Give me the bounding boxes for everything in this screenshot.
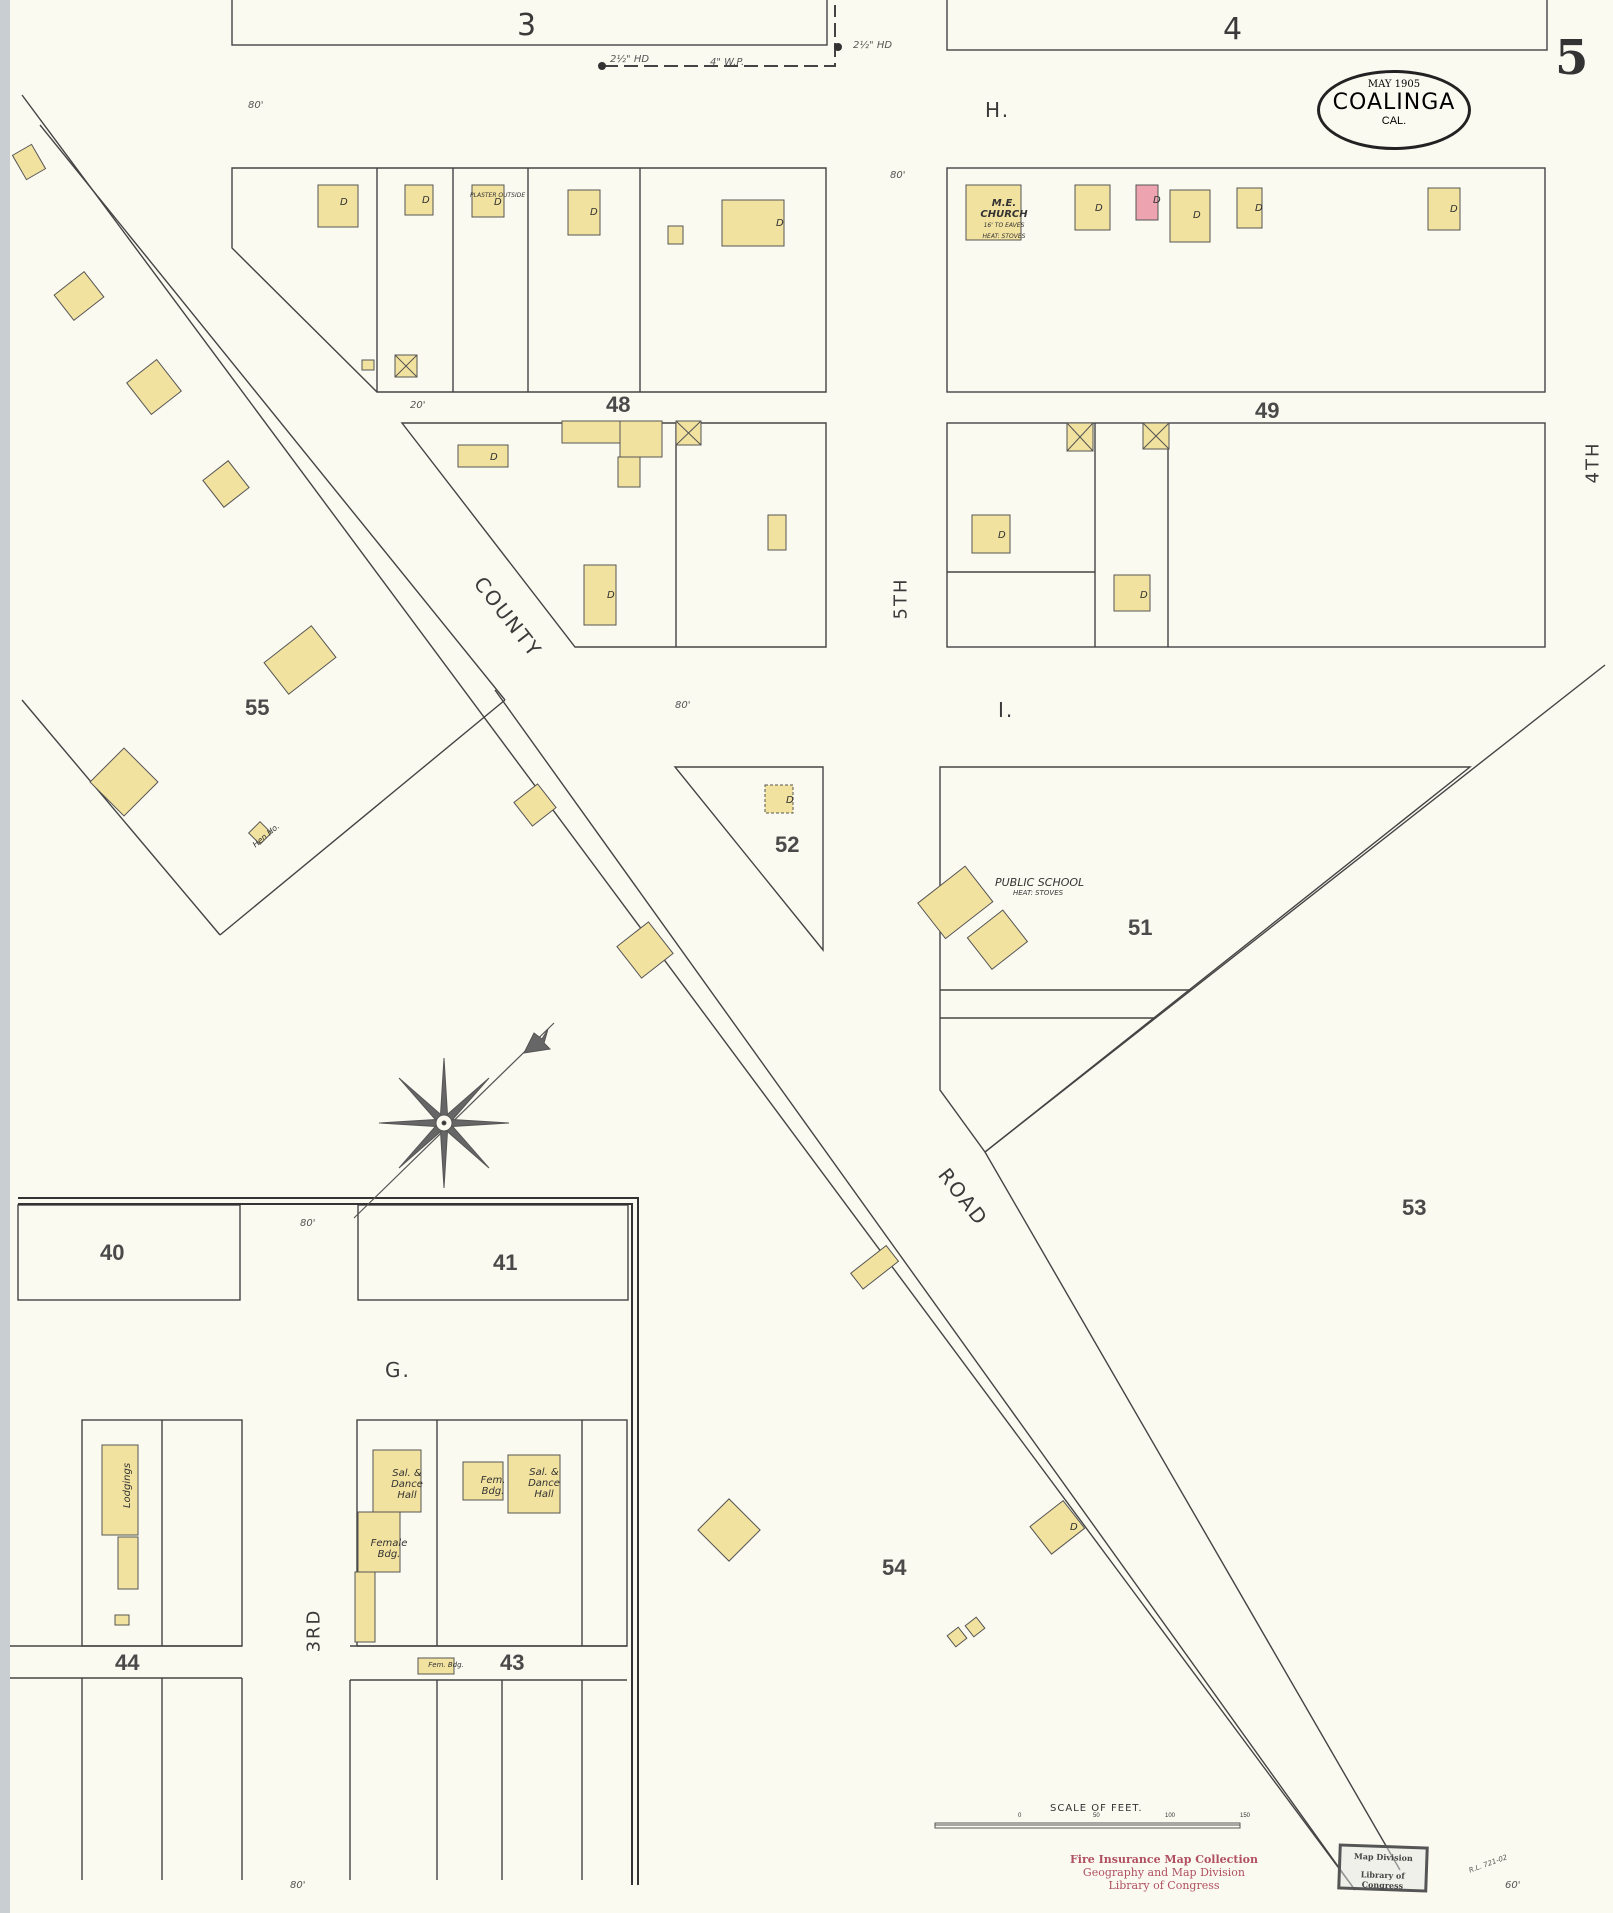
sal-line-3: Hall xyxy=(383,1490,431,1501)
street-4th: 4TH xyxy=(1582,442,1603,484)
sal2-line-1: Sal. & xyxy=(518,1467,570,1478)
fem-line-2: Bdg. xyxy=(473,1486,513,1497)
dwelling-marker[interactable]: D xyxy=(1070,1522,1078,1533)
scale-tick-150: 150 xyxy=(1240,1813,1250,1819)
dwelling-marker[interactable]: D xyxy=(998,530,1006,541)
scale-tick-0: 0 xyxy=(1018,1813,1021,1819)
map-date: MAY 1905 xyxy=(1320,79,1468,90)
dwelling-marker[interactable]: D xyxy=(1255,203,1263,214)
dwelling-marker[interactable]: D xyxy=(1095,203,1103,214)
dwelling-marker[interactable]: D xyxy=(1193,210,1201,221)
public-school-label[interactable]: PUBLIC SCHOOL HEAT: STOVES xyxy=(995,877,1084,899)
block-53: 53 xyxy=(1402,1195,1426,1221)
sal2-line-2: Dance xyxy=(518,1478,570,1489)
church-name: M.E. CHURCH xyxy=(977,198,1031,220)
map-title: COALINGA xyxy=(1320,90,1468,115)
hydrant-label-2: 2½" HD xyxy=(853,40,892,51)
dim-80-bottom: 80' xyxy=(290,1880,305,1891)
block-52: 52 xyxy=(775,832,799,858)
dwelling-marker[interactable]: D xyxy=(1140,590,1148,601)
female-boarding-label[interactable]: Female Bdg. xyxy=(368,1538,410,1560)
block-43: 43 xyxy=(500,1650,524,1676)
female-line-1: Female xyxy=(368,1538,410,1549)
dwelling-marker[interactable]: D xyxy=(786,795,794,806)
me-church-label[interactable]: M.E. CHURCH 16' TO EAVES HEAT: STOVES xyxy=(977,198,1031,242)
church-note-eaves: 16' TO EAVES xyxy=(977,220,1031,231)
dwelling-marker[interactable]: D xyxy=(776,218,784,229)
saloon-dance-hall-1[interactable]: Sal. & Dance Hall xyxy=(383,1468,431,1501)
water-pipe-label: 4" W.P. xyxy=(710,57,744,68)
street-3rd: 3RD xyxy=(303,1609,324,1653)
dwelling-marker[interactable]: D xyxy=(607,590,615,601)
stamp-line-1: Fire Insurance Map Collection xyxy=(1070,1853,1258,1866)
adjoining-sheet-3[interactable]: 3 xyxy=(517,8,538,43)
title-cartouche: MAY 1905 COALINGA CAL. xyxy=(1317,70,1471,150)
school-note-heat: HEAT: STOVES xyxy=(1013,888,1084,899)
dwelling-marker[interactable]: D xyxy=(1153,195,1161,206)
scale-tick-50: 50 xyxy=(1093,1813,1100,1819)
page-number: 5 xyxy=(1555,30,1588,86)
gray-stamp-line-2: Library of Congress xyxy=(1340,1869,1425,1892)
stamp-line-2: Geography and Map Division xyxy=(1070,1866,1258,1879)
sal2-line-3: Hall xyxy=(518,1489,570,1500)
fem-boarding-label[interactable]: Fem. Bdg. xyxy=(473,1475,513,1497)
map-sheet: MAY 1905 COALINGA CAL. 5 3 4 2½" HD 2½" … xyxy=(10,0,1613,1913)
dwelling-marker[interactable]: D xyxy=(490,452,498,463)
street-h: H. xyxy=(985,98,1010,122)
gray-stamp-line-1: Map Division xyxy=(1341,1851,1425,1864)
map-linework xyxy=(10,0,1613,1913)
fem-line-1: Fem. xyxy=(473,1475,513,1486)
dwelling-marker[interactable]: D xyxy=(590,207,598,218)
collection-stamp: Fire Insurance Map Collection Geography … xyxy=(1070,1853,1258,1892)
hydrant-label-1: 2½" HD xyxy=(610,54,649,65)
block-44: 44 xyxy=(115,1650,139,1676)
map-division-stamp: Map Division Library of Congress xyxy=(1337,1843,1429,1892)
church-note-heat: HEAT: STOVES xyxy=(977,231,1031,242)
dim-60: 60' xyxy=(1505,1880,1520,1891)
block-48: 48 xyxy=(606,392,630,418)
dwelling-marker[interactable]: D xyxy=(422,195,430,206)
dwelling-marker[interactable]: D xyxy=(494,197,502,208)
adjoining-sheet-4[interactable]: 4 xyxy=(1223,12,1244,47)
sal-line-1: Sal. & xyxy=(383,1468,431,1479)
dim-80-i: 80' xyxy=(675,700,690,711)
dwelling-marker[interactable]: D xyxy=(1450,204,1458,215)
lodgings-label[interactable]: Lodgings xyxy=(122,1463,133,1508)
block-49: 49 xyxy=(1255,398,1279,424)
stamp-line-3: Library of Congress xyxy=(1070,1879,1258,1892)
dim-80-h: 80' xyxy=(890,170,905,181)
street-g: G. xyxy=(385,1358,411,1382)
street-5th: 5TH xyxy=(890,578,911,620)
block-51: 51 xyxy=(1128,915,1152,941)
block-41: 41 xyxy=(493,1250,517,1276)
fem-boarding-small[interactable]: Fem. Bdg. xyxy=(428,1660,464,1671)
map-state: CAL. xyxy=(1320,115,1468,127)
block-55: 55 xyxy=(245,695,269,721)
dim-80-g: 80' xyxy=(300,1218,315,1229)
female-line-2: Bdg. xyxy=(368,1549,410,1560)
dim-20: 20' xyxy=(410,400,425,411)
scale-tick-100: 100 xyxy=(1165,1813,1175,1819)
dim-80-left: 80' xyxy=(248,100,263,111)
street-i: I. xyxy=(998,698,1014,722)
block-54: 54 xyxy=(882,1555,906,1581)
dwelling-marker[interactable]: D xyxy=(340,197,348,208)
sal-line-2: Dance xyxy=(383,1479,431,1490)
school-name: PUBLIC SCHOOL xyxy=(995,877,1084,888)
saloon-dance-hall-2[interactable]: Sal. & Dance Hall xyxy=(518,1467,570,1500)
block-40: 40 xyxy=(100,1240,124,1266)
